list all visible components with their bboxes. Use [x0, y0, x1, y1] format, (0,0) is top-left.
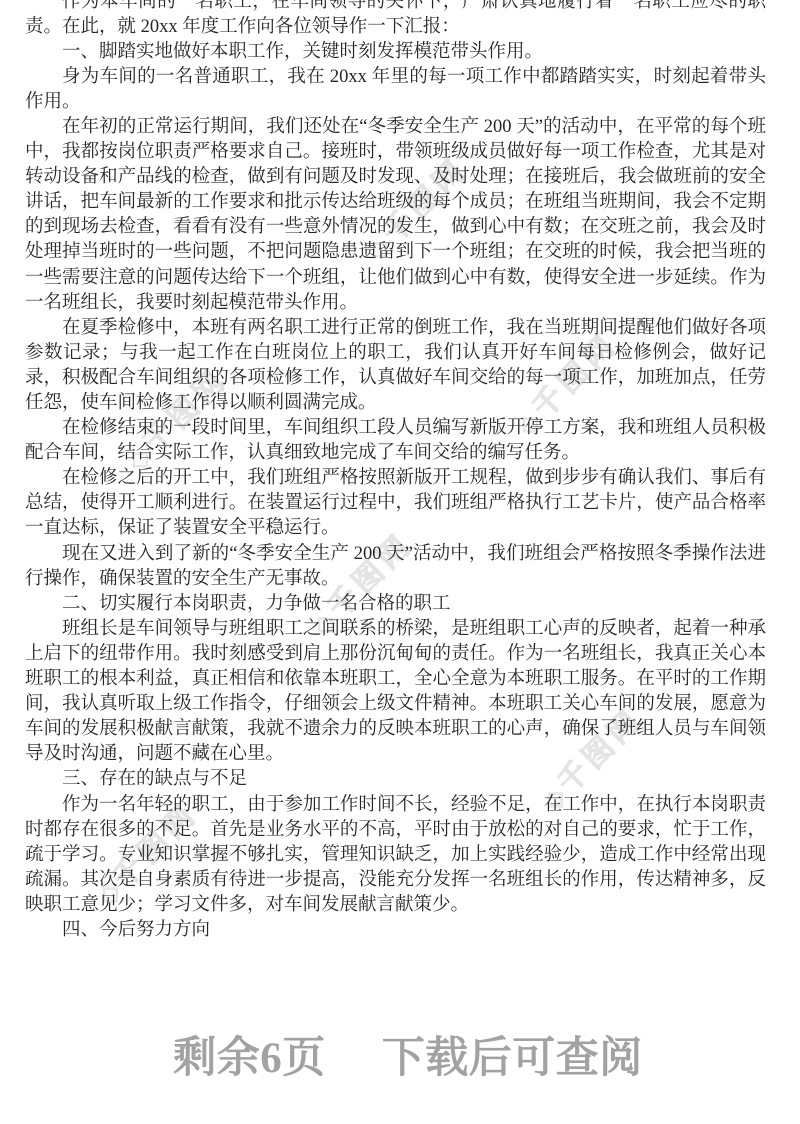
paragraph: 二、切实履行本岗职责，力争做一名合格的职工 — [25, 592, 766, 617]
paragraph: 一、脚踏实地做好本职工作，关键时刻发挥模范带头作用。 — [25, 40, 766, 65]
paragraph: 四、今后努力方向 — [25, 918, 766, 943]
remaining-pages-banner: 剩余6页下载后可查阅 — [0, 1024, 800, 1085]
paragraph: 现在又进入到了新的“冬季安全生产 200 天”活动中，我们班组会严格按照冬季操作… — [25, 542, 766, 592]
paragraph: 身为车间的一名普通职工，我在 20xx 年里的每一项工作中都踏踏实实，时刻起着带… — [25, 65, 766, 115]
download-hint-text: 下载后可查阅 — [382, 1035, 643, 1082]
paragraph: 班组长是车间领导与班组职工之间联系的桥梁，是班组职工心声的反映者，起着一种承上启… — [25, 617, 766, 768]
paragraph: 三、存在的缺点与不足 — [25, 767, 766, 792]
paragraph: 在检修结束的一段时间里，车间组织工段人员编写新版开停工方案，我和班组人员积极配合… — [25, 416, 766, 466]
paragraph: 在年初的正常运行期间，我们还处在“冬季安全生产 200 天”的活动中，在平常的每… — [25, 115, 766, 316]
paragraph: 在检修之后的开工中，我们班组严格按照新版开工规程，做到步步有确认我们、事后有总结… — [25, 466, 766, 541]
paragraph: 作为本车间的一名职工，在车间领导的关怀下，严肃认真地履行着一名职工应尽的职责。在… — [25, 0, 766, 40]
pages-left-text: 剩余6页 — [173, 1035, 326, 1082]
document-body: 作为本车间的一名职工，在车间领导的关怀下，严肃认真地履行着一名职工应尽的职责。在… — [25, 0, 766, 943]
document-page: ◇千图网◇千图网◇千图网◇千图网◇千图网◇千图网 作为本车间的一名职工，在车间领… — [0, 0, 800, 1124]
paragraph: 在夏季检修中，本班有两名职工进行正常的倒班工作，我在当班期间提醒他们做好各项参数… — [25, 316, 766, 416]
paragraph: 作为一名年轻的职工，由于参加工作时间不长，经验不足，在工作中，在执行本岗职责时都… — [25, 793, 766, 918]
